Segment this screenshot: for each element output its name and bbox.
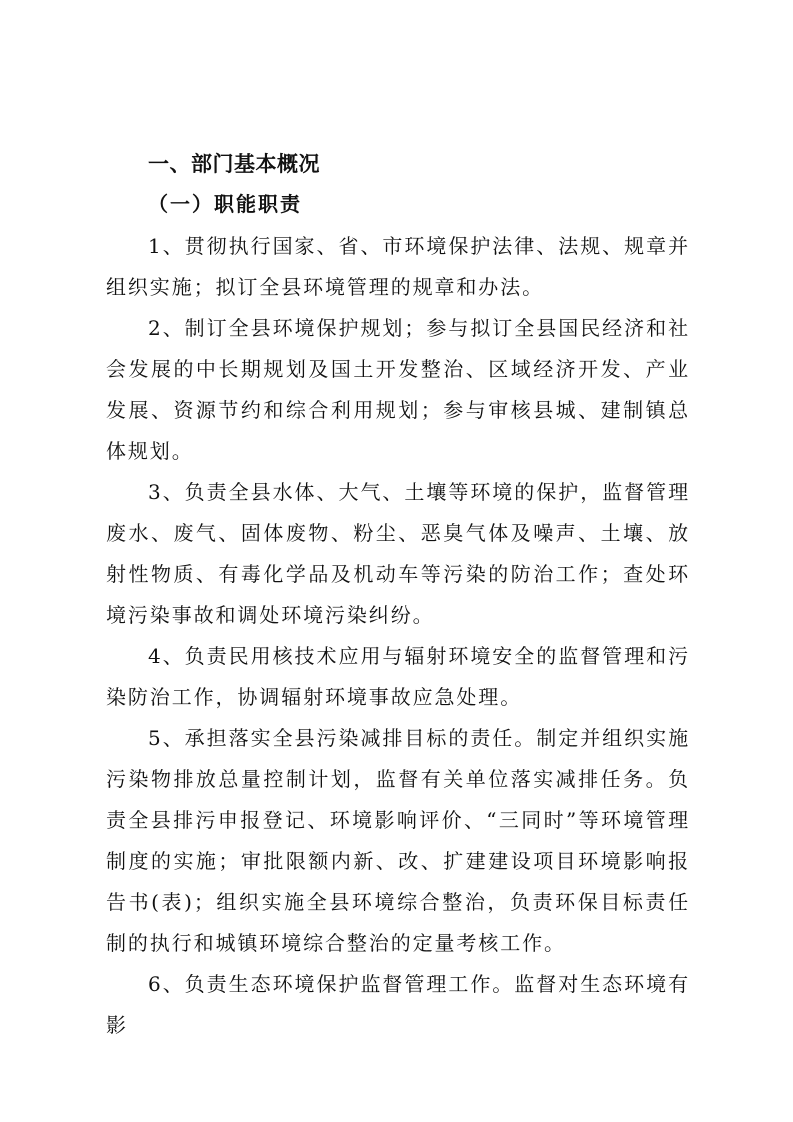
subsection-heading: （一）职能职责 — [106, 184, 690, 226]
paragraph-duty-4: 4、负责民用核技术应用与辐射环境安全的监督管理和污染防治工作，协调辐射环境事故应… — [106, 636, 690, 718]
paragraph-duty-1: 1、贯彻执行国家、省、市环境保护法律、法规、规章并组织实施；拟订全县环境管理的规… — [106, 226, 690, 308]
paragraph-duty-6: 6、负责生态环境保护监督管理工作。监督对生态环境有影 — [106, 964, 690, 1046]
paragraph-duty-5: 5、承担落实全县污染减排目标的责任。制定并组织实施污染物排放总量控制计划，监督有… — [106, 718, 690, 964]
paragraph-duty-3: 3、负责全县水体、大气、土壤等环境的保护，监督管理废水、废气、固体废物、粉尘、恶… — [106, 472, 690, 636]
section-heading: 一、部门基本概况 — [106, 144, 690, 184]
paragraph-duty-2: 2、制订全县环境保护规划；参与拟订全县国民经济和社会发展的中长期规划及国土开发整… — [106, 308, 690, 472]
document-page: 一、部门基本概况 （一）职能职责 1、贯彻执行国家、省、市环境保护法律、法规、规… — [106, 144, 690, 1046]
